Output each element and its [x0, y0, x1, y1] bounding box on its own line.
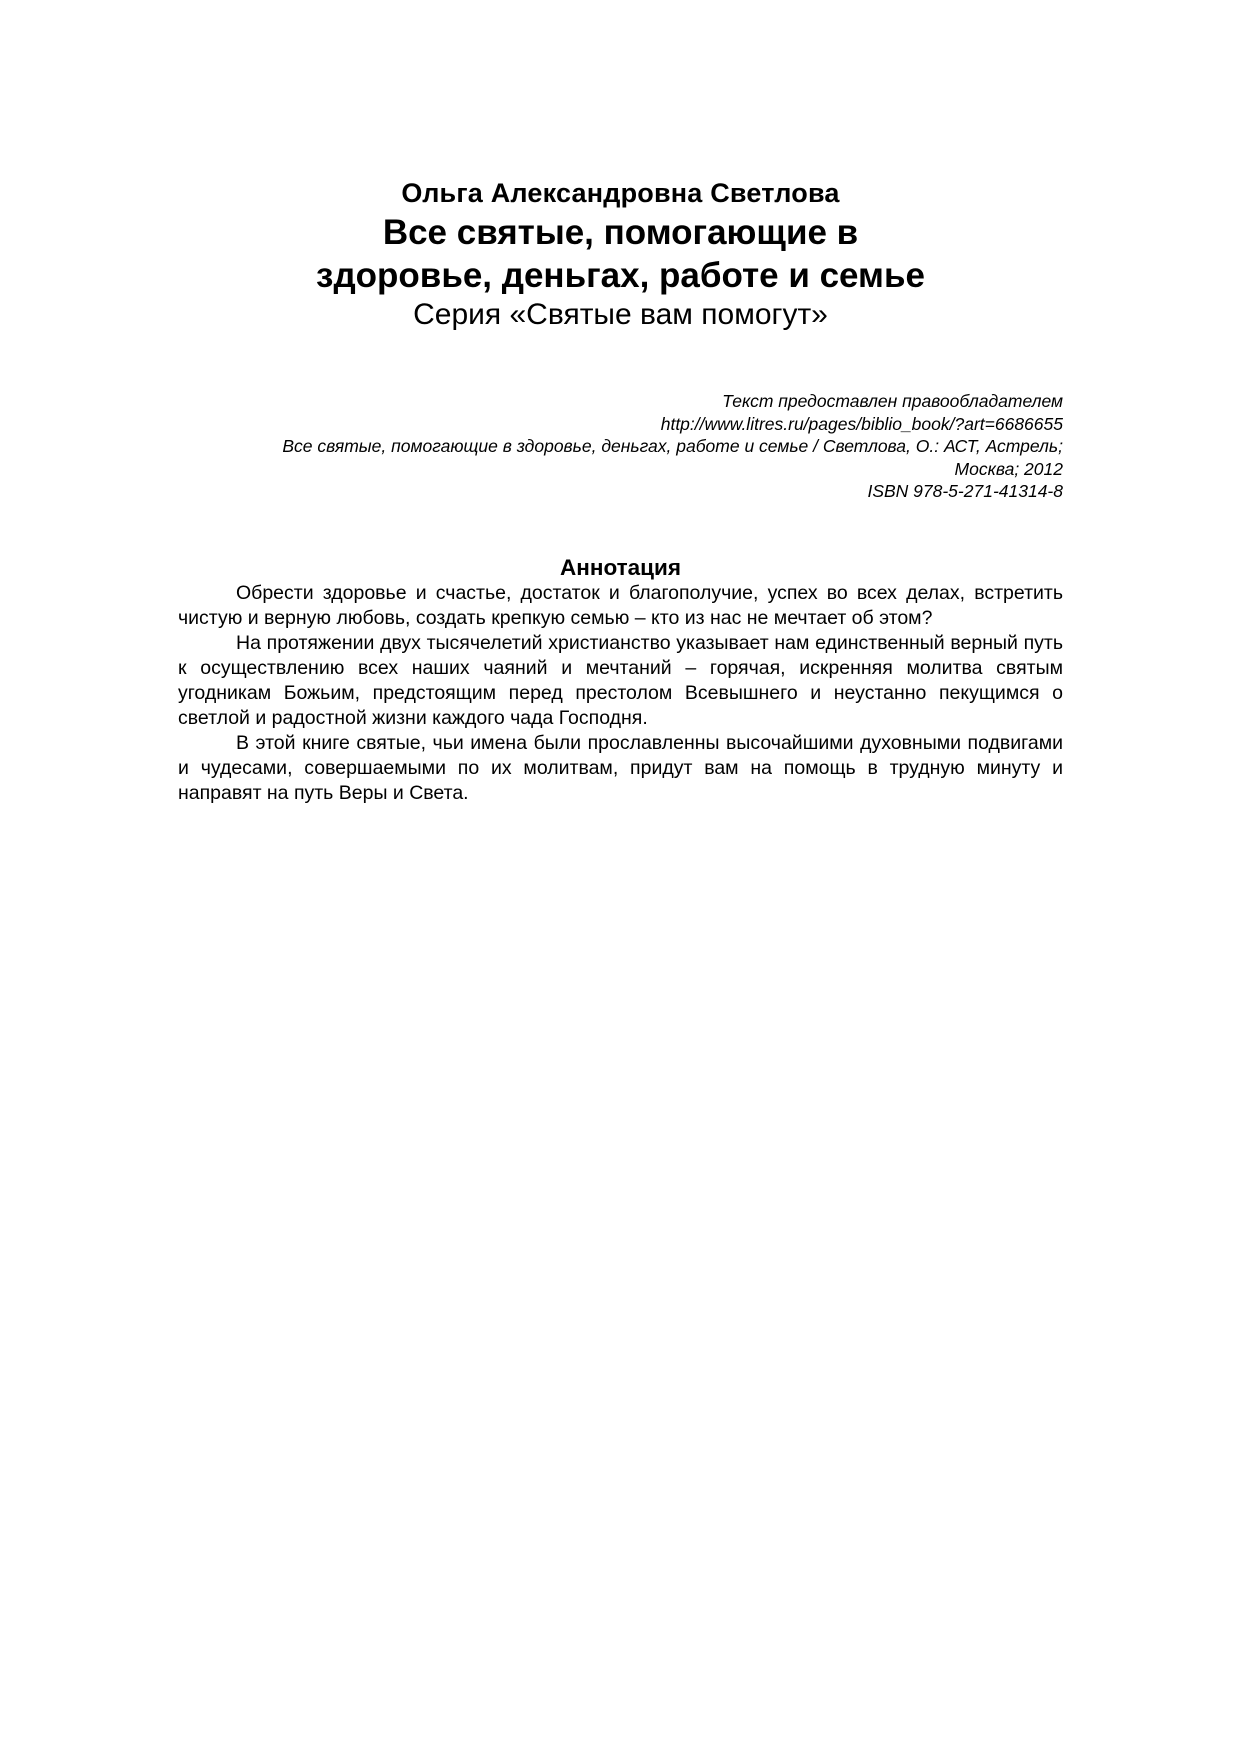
book-title-line-2: здоровье, деньгах, работе и семье	[178, 253, 1063, 299]
isbn: ISBN 978-5-271-41314-8	[178, 480, 1063, 503]
publication-info: Текст предоставлен правообладателем http…	[178, 390, 1063, 503]
book-title-line-1: Все святые, помогающие в	[178, 210, 1063, 256]
annotation-paragraph: Обрести здоровье и счастье, достаток и б…	[178, 581, 1063, 631]
citation-line-1: Все святые, помогающие в здоровье, деньг…	[178, 435, 1063, 458]
series-title: Серия «Святые вам помогут»	[178, 295, 1063, 335]
annotation-heading: Аннотация	[178, 555, 1063, 581]
provided-by-text: Текст предоставлен правообладателем	[178, 390, 1063, 413]
source-url: http://www.litres.ru/pages/biblio_book/?…	[178, 413, 1063, 436]
annotation-paragraph: В этой книге святые, чьи имена были прос…	[178, 731, 1063, 806]
document-page: Ольга Александровна Светлова Все святые,…	[0, 0, 1241, 1754]
citation-line-2: Москва; 2012	[178, 458, 1063, 481]
title-block: Ольга Александровна Светлова Все святые,…	[178, 173, 1063, 335]
author-name: Ольга Александровна Светлова	[178, 173, 1063, 213]
annotation-paragraph: На протяжении двух тысячелетий христианс…	[178, 631, 1063, 731]
annotation-section: Аннотация Обрести здоровье и счастье, до…	[178, 555, 1063, 806]
